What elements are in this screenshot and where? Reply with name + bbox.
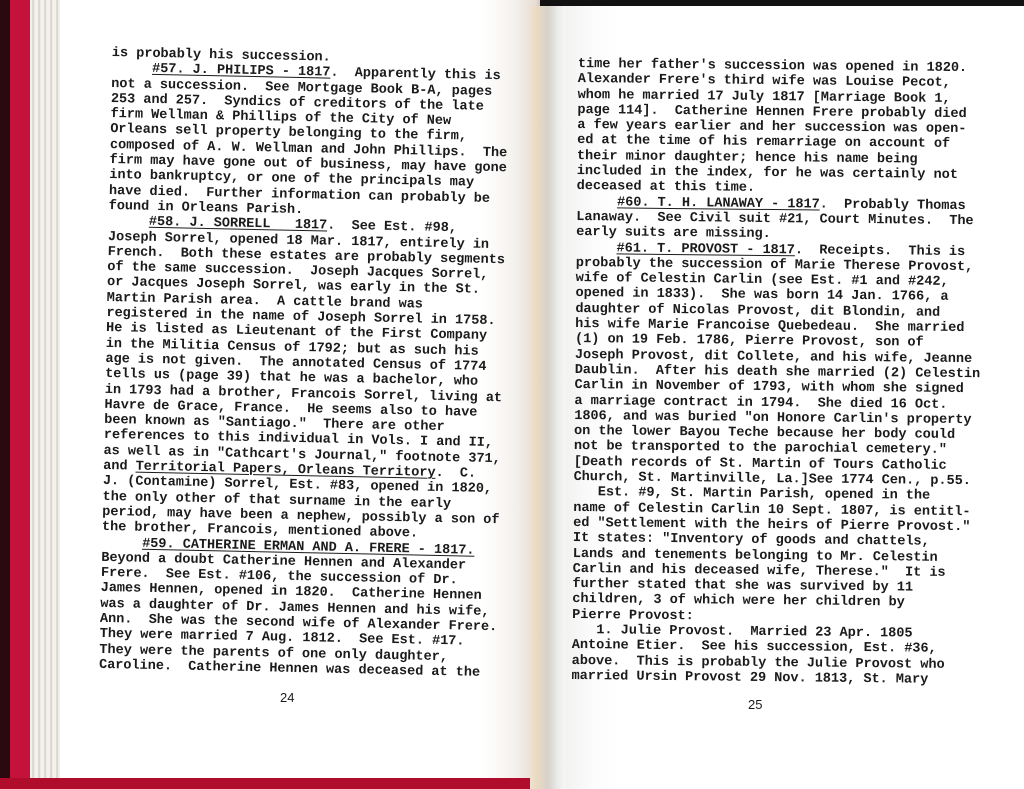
- right-page-text: time her father's succession was opened …: [571, 57, 983, 688]
- entry-title: #60. T. H. LANAWAY - 1817: [617, 195, 820, 212]
- book-cover-bottom: [0, 778, 540, 789]
- book-cover-shadow: [0, 0, 10, 789]
- page-number-left: 24: [280, 690, 294, 705]
- page-number-right: 25: [748, 697, 762, 712]
- left-page-text: is probably his succession. #57. J. PHIL…: [99, 46, 509, 681]
- entry-title: #61. T. PROVOST - 1817: [616, 241, 795, 258]
- page-stack-edges: [30, 0, 62, 778]
- book-gutter: [530, 6, 570, 789]
